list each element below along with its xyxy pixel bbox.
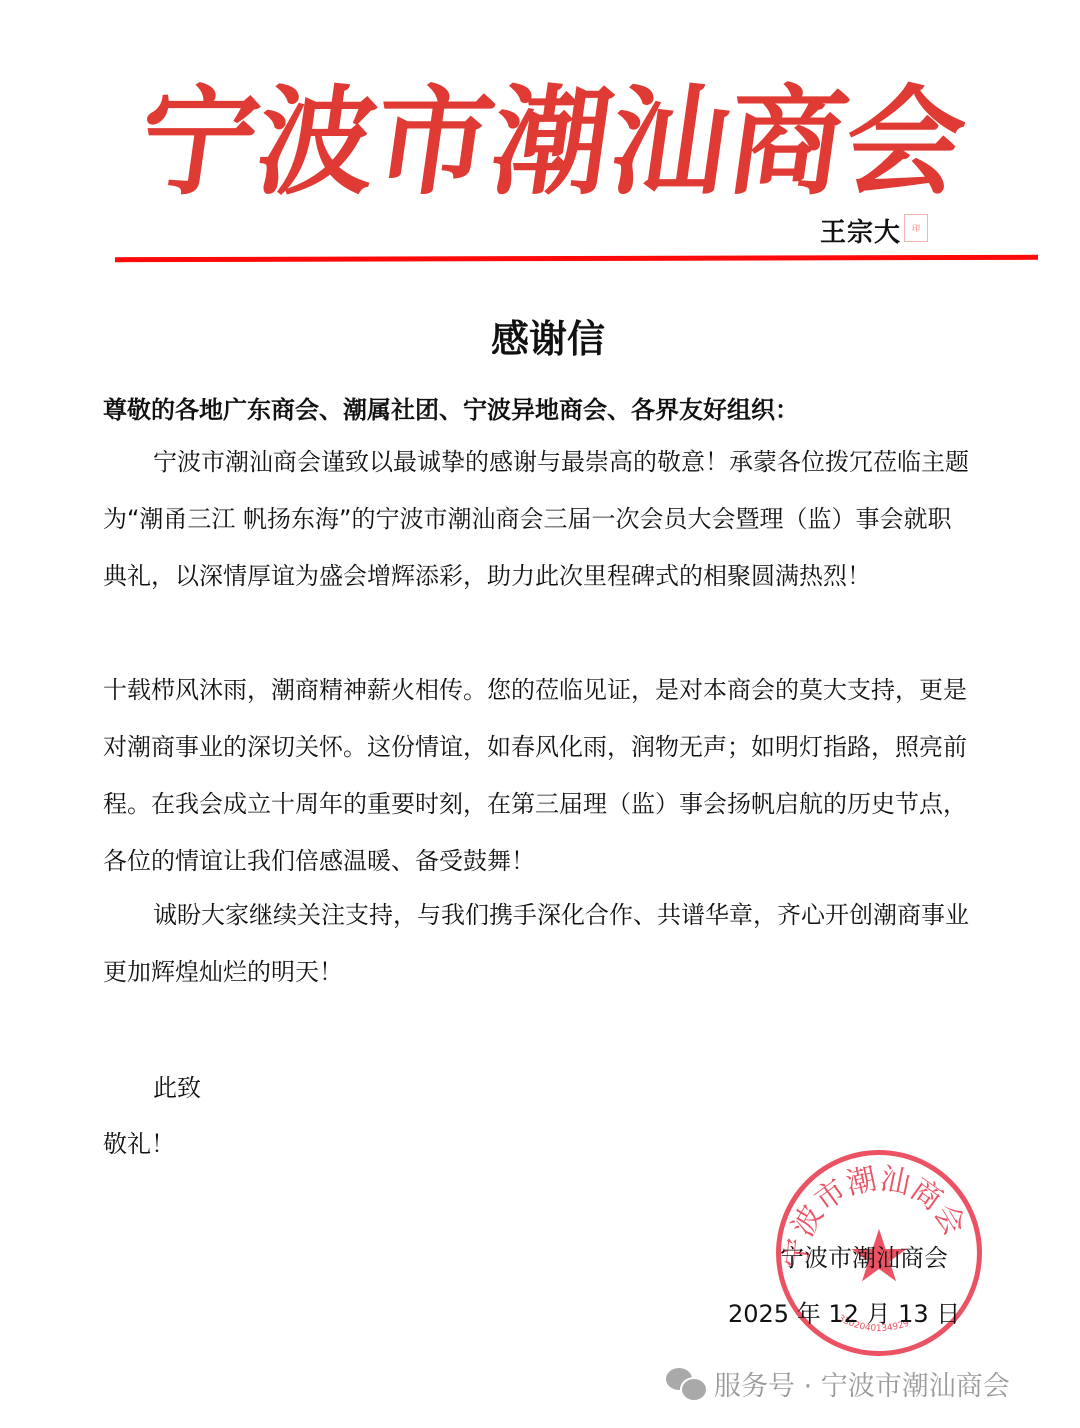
calligraphy-char: 商 — [720, 83, 851, 201]
small-seal-icon: 印 — [904, 214, 928, 242]
letter-paragraph: 宁波市潮汕商会谨致以最诚挚的感谢与最崇高的敬意！承蒙各位拨冗莅临主题为“潮甬三江… — [103, 434, 973, 605]
wechat-icon — [666, 1368, 706, 1400]
calligraphy-char: 宁 — [132, 83, 263, 201]
footer-watermark: 服务号 · 宁波市潮汕商会 — [666, 1364, 1010, 1403]
letter-paragraph: 十载栉风沐雨，潮商精神薪火相传。您的莅临见证，是对本商会的莫大支持，更是对潮商事… — [103, 662, 973, 890]
calligrapher-signature: 王宗大 — [820, 212, 901, 249]
letterhead-calligraphy: 宁 波 市 潮 汕 商 会 — [140, 62, 960, 222]
calligraphy-char: 潮 — [485, 83, 616, 201]
closing-line: 此致 — [153, 1068, 201, 1103]
letter-paragraph: 诚盼大家继续关注支持，与我们携手深化合作、共谱华章，齐心开创潮商事业更加辉煌灿烂… — [103, 887, 973, 1001]
footer-text: 服务号 · 宁波市潮汕商会 — [714, 1364, 1010, 1403]
letterhead-divider — [115, 255, 1038, 262]
calligraphy-char: 会 — [838, 83, 969, 201]
calligraphy-char: 波 — [249, 83, 380, 201]
letter-salutation: 尊敬的各地广东商会、潮属社团、宁波异地商会、各界友好组织： — [103, 390, 799, 425]
letter-title: 感谢信 — [0, 308, 1080, 363]
calligraphy-char: 汕 — [602, 83, 733, 201]
letter-date: 2025 年 12 月 13 日 — [728, 1294, 960, 1329]
closing-salute: 敬礼！ — [103, 1124, 175, 1159]
signer-name: 宁波市潮汕商会 — [780, 1238, 948, 1273]
calligraphy-char: 市 — [367, 83, 498, 201]
